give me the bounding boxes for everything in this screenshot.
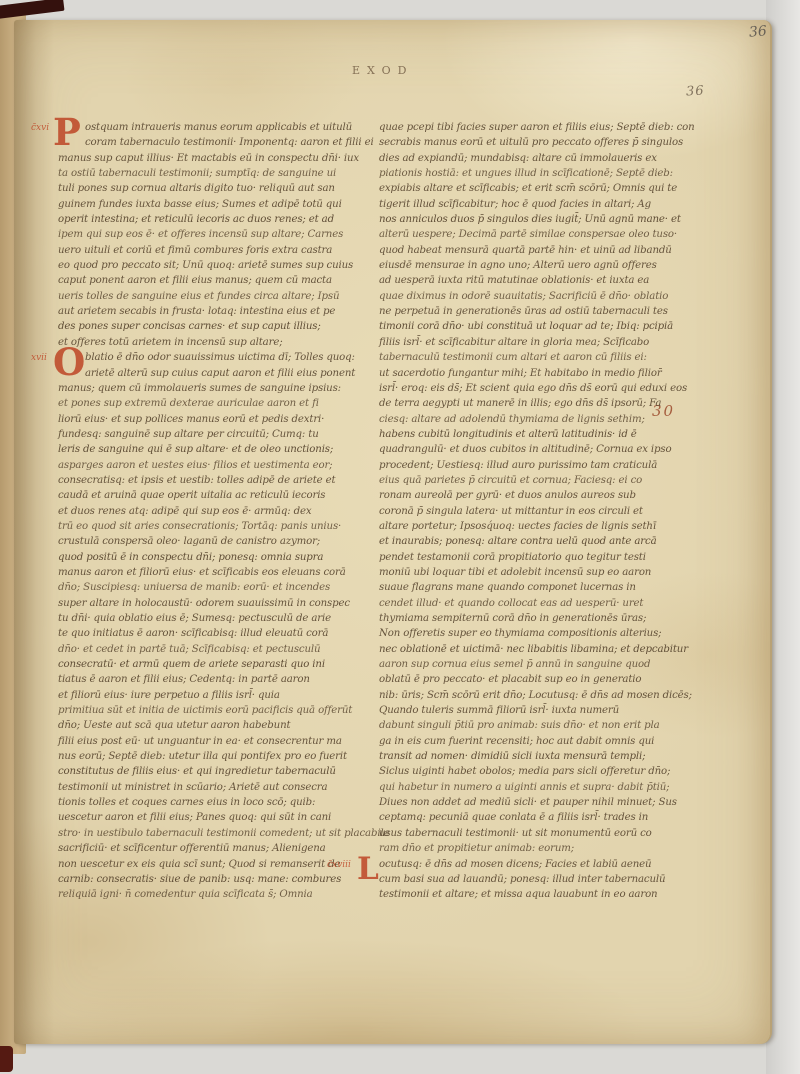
text-line: ocutusq: ē dn̄s ad mosen dicens; Facies … <box>379 857 729 872</box>
text-line: consecratū· et armū quem de ariete separ… <box>58 657 376 672</box>
chapter-mark: xvii <box>31 353 47 363</box>
text-line: super altare in holocaustū· odorem suaui… <box>58 596 376 611</box>
text-line: crustulā conspersā oleo· laganū de canis… <box>58 534 376 549</box>
text-line: nib: ūris; Scm̄ scōrū erit dn̄o; Locutu… <box>379 688 729 703</box>
section-body: ocutusq: ē dn̄s ad mosen dicens; Facies … <box>379 857 729 903</box>
text-line: dn̄o; Ueste aut scā qua utetur aaron hab… <box>58 718 376 733</box>
text-line: tiatus ē aaron et filii eius; Cedentq: i… <box>58 672 376 687</box>
chapter-mark: c̄xviii <box>327 860 351 870</box>
text-line: ut sacerdotio fungantur mihi; Et habitab… <box>379 366 729 381</box>
text-line: eiusdē mensurae in agno uno; Alterū uero… <box>379 258 729 273</box>
folio-number-old: 36 <box>686 84 705 100</box>
text-column-left: c̄xviPostquam intraueris manus eorum app… <box>58 120 376 903</box>
text-line: et inaurabis; ponesq: altare contra uelū… <box>379 534 729 549</box>
text-line: dabunt singuli p̄tiū pro animab: suis dn… <box>379 718 729 733</box>
section-body: quae pcepi tibi facies super aaron et fi… <box>379 120 729 857</box>
text-line: aut arietem secabis in frusta· lotaq: in… <box>58 304 376 319</box>
text-line: suaue flagrans mane quando componet luce… <box>379 580 729 595</box>
text-line: eo quod pro peccato sit; Unū quoq: ariet… <box>58 258 376 273</box>
text-line: tionis tolles et coques carnes eius in l… <box>58 795 376 810</box>
text-line: secrabis manus eorū et uitulū pro peccat… <box>379 135 729 150</box>
manuscript-page: EXOD 36 36 30 c̄xviPostquam intraueris m… <box>14 20 772 1044</box>
folio-number: 36 <box>748 23 767 40</box>
text-line: primitiua sūt et initia de uictimis eorū… <box>58 703 376 718</box>
text-line: ciesq: altare ad adolendū thymiama de li… <box>379 412 729 427</box>
chapter-mark: c̄xvi <box>31 123 49 133</box>
text-line: pendet testamonii corā propitiatorio quo… <box>379 550 729 565</box>
text-line: ostquam intraueris manus eorum applicabi… <box>85 120 376 135</box>
text-line: qui habetur in numero a uiginti annis et… <box>379 780 729 795</box>
text-line: oblatū ē pro peccato· et placabit sup eo… <box>379 672 729 687</box>
text-line: et duos renes atq: adipē qui sup eos ē· … <box>58 504 376 519</box>
text-section: c̄xviiiLocutusq: ē dn̄s ad mosen dicens;… <box>379 857 729 903</box>
text-line: cendet illud· et quando collocat eas ad … <box>379 596 729 611</box>
text-line: trū eo quod sit aries consecrationis; To… <box>58 519 376 534</box>
text-line: dies ad expiandū; mundabisq: altare cū i… <box>379 151 729 166</box>
text-line: ad uesperā iuxta ritū matutinae oblation… <box>379 273 729 288</box>
text-line: aaron sup cornua eius semel p̄ annū in s… <box>379 657 729 672</box>
text-line: et pones sup extremū dexterae auriculae … <box>58 396 376 411</box>
text-line: coronā p̄ singula latera· ut mittantur i… <box>379 504 729 519</box>
text-line: usus tabernaculi testimonii· ut sit monu… <box>379 826 729 841</box>
text-line: testimonii et altare; et missa aqua laua… <box>379 887 729 902</box>
text-line: fundesq: sanguinē sup altare per circuit… <box>58 427 376 442</box>
text-line: ta ostiū tabernaculi testimonii; sumptīq… <box>58 166 376 181</box>
text-line: constitutus de filiis eius· et qui ingre… <box>58 764 376 779</box>
text-line: caudā et aruinā quae operit uitalia ac r… <box>58 488 376 503</box>
section-body: blatio ē dn̄o odor suauissimus uictima d… <box>58 350 376 902</box>
text-line: cum basi sua ad lauandū; ponesq: illud i… <box>379 872 729 887</box>
text-line: manus aaron et filiorū eius· et scīficab… <box>58 565 376 580</box>
text-section: quae pcepi tibi facies super aaron et fi… <box>379 120 729 857</box>
section-body: ostquam intraueris manus eorum applicabi… <box>58 120 376 350</box>
text-line: liorū eius· et sup pollices manus eorū e… <box>58 412 376 427</box>
text-line: blatio ē dn̄o odor suauissimus uictima d… <box>85 350 376 365</box>
text-line: ne perpetuā in generationēs ūras ad os… <box>379 304 729 319</box>
binding-edge-bottom-icon <box>0 1046 13 1072</box>
text-line: ueris tolles de sanguine eius et fundes … <box>58 289 376 304</box>
text-line: et filiorū eius· iure perpetuo a filiis … <box>58 688 376 703</box>
text-line: tu dn̄i· quia oblatio eius ē; Sumesq: pe… <box>58 611 376 626</box>
rubricated-initial: L <box>357 852 379 886</box>
text-line: quae diximus in odorē suauitatis; Sacrif… <box>379 289 729 304</box>
text-line: carnib: consecratis· siue de panib: usq:… <box>58 872 376 887</box>
text-line: ipem qui sup eos ē· et offeres incensū s… <box>58 227 376 242</box>
text-line: alterū uespere; Decimā partē similae con… <box>379 227 729 242</box>
text-line: nec oblationē et uictimā· nec libabitis … <box>379 642 729 657</box>
text-line: asparges aaron et uestes eius· filios et… <box>58 458 376 473</box>
text-line: leris de sanguine qui ē sup altare· et d… <box>58 442 376 457</box>
text-line: procedent; Uestiesq: illud auro purissim… <box>379 458 729 473</box>
text-line: altare portetur; Ipsosq́uoq: uectes faci… <box>379 519 729 534</box>
running-title: EXOD <box>352 64 414 77</box>
text-line: et offeres totū arietem in incensū sup a… <box>58 335 376 350</box>
binding-edge-top-icon <box>0 0 65 19</box>
text-line: tigerit illud scīficabitur; hoc ē quod f… <box>379 197 729 212</box>
text-line: habens cubitū longitudinis et alterū lat… <box>379 427 729 442</box>
text-line: quod habeat mensurā quartā partē hin· et… <box>379 243 729 258</box>
text-line: arietē alterū sup cuius caput aaron et f… <box>85 366 376 381</box>
text-line: quadrangulū· et duos cubitos in altitudi… <box>379 442 729 457</box>
text-line: dn̄o; Suscipiesq: uniuersa de manib: eor… <box>58 580 376 595</box>
text-line: quae pcepi tibi facies super aaron et fi… <box>379 120 729 135</box>
text-line: sacrificiū· et scīficentur offerentiū ma… <box>58 841 376 856</box>
text-line: reliquiā igni· n̄ comedentur quia scīfi… <box>58 887 376 902</box>
text-line: des pones super concisas carnes· et sup … <box>58 319 376 334</box>
text-line: transit ad nomen· dimidiū sicli iuxta me… <box>379 749 729 764</box>
text-line: te quo initiatus ē aaron· scīficabisq: i… <box>58 626 376 641</box>
text-line: Siclus uiginti habet obolos; media pars … <box>379 764 729 779</box>
text-line: consecratisq: et ipsis et uestib: tolles… <box>58 473 376 488</box>
text-line: Quando tuleris summā filiorū isrl̄· iuxt… <box>379 703 729 718</box>
text-line: nus eorū; Septē dieb: utetur illa qui po… <box>58 749 376 764</box>
text-line: isrl̄· eroq: eis ds̄; Et scient quia ego… <box>379 381 729 396</box>
text-line: Non offeretis super eo thymiama composit… <box>379 626 729 641</box>
text-line: quod positū ē in conspectu dn̄i; ponesq:… <box>58 550 376 565</box>
text-line: ceptamq: pecuniā quae conlata ē a filiis… <box>379 810 729 825</box>
text-line: tabernaculū testimonii cum altari et aar… <box>379 350 729 365</box>
text-section: xviiOblatio ē dn̄o odor suauissimus uict… <box>58 350 376 902</box>
text-line: ronam aureolā per gyrū· et duos anulos a… <box>379 488 729 503</box>
text-line: piationis hostiā: et ungues illud in scī… <box>379 166 729 181</box>
text-line: eius quā parietes p̄ circuitū et cornua;… <box>379 473 729 488</box>
text-line: manus sup caput illius· Et mactabis eū i… <box>58 151 376 166</box>
rubricated-initial: P <box>53 115 81 149</box>
text-line: filii eius post eū· ut unguantur in ea· … <box>58 734 376 749</box>
gutter-shadow <box>14 20 54 1044</box>
text-line: timonii corā dn̄o· ubi constituā ut loqu… <box>379 319 729 334</box>
text-line: uero uituli et coriū et fimū combures fo… <box>58 243 376 258</box>
text-line: filiis isrl̄· et scīficabitur altare in … <box>379 335 729 350</box>
text-line: ga in eis cum fuerint recensiti; hoc aut… <box>379 734 729 749</box>
text-line: manus; quem cū immolaueris sumes de sang… <box>58 381 376 396</box>
text-line: caput ponent aaron et filii eius manus; … <box>58 273 376 288</box>
text-line: thymiama sempiternū corā dn̄o in generat… <box>379 611 729 626</box>
text-column-right: quae pcepi tibi facies super aaron et fi… <box>379 120 729 903</box>
text-line: operit intestina; et reticulū iecoris ac… <box>58 212 376 227</box>
text-line: testimonii ut ministret in scūario; Arie… <box>58 780 376 795</box>
text-line: tuli pones sup cornua altaris digito tuo… <box>58 181 376 196</box>
text-line: de terra aegypti ut manerē in illis; ego… <box>379 396 729 411</box>
text-line: Diues non addet ad mediū sicli· et paupe… <box>379 795 729 810</box>
text-line: dn̄o· et cedet in partē tuā; Scīficabisq… <box>58 642 376 657</box>
text-line: uescetur aaron et filii eius; Panes quoq… <box>58 810 376 825</box>
text-line: ram dn̄o et propitietur animab: eorum; <box>379 841 729 856</box>
text-line: stro· in uestibulo tabernaculi testimoni… <box>58 826 376 841</box>
text-line: coram tabernaculo testimonii· Imponentq:… <box>85 135 376 150</box>
text-line: guinem fundes iuxta basse eius; Sumes et… <box>58 197 376 212</box>
rubricated-initial: O <box>53 345 85 379</box>
text-line: nos anniculos duos p̄ singulos dies iugi… <box>379 212 729 227</box>
text-section: c̄xviPostquam intraueris manus eorum app… <box>58 120 376 350</box>
text-line: expiabis altare et scīficabis; et erit s… <box>379 181 729 196</box>
text-line: moniū ubi loquar tibi et adolebit incens… <box>379 565 729 580</box>
